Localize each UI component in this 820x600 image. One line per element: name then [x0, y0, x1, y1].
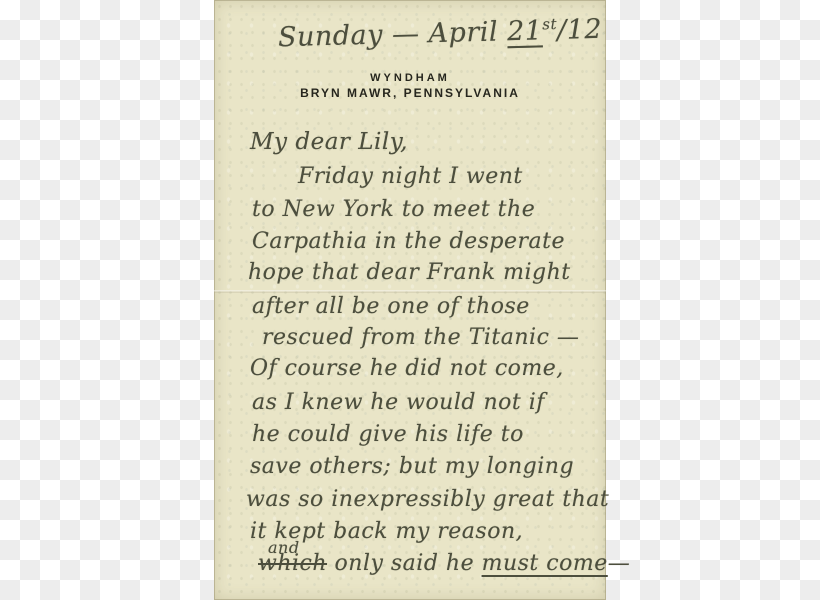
- letter-line: hope that dear Frank might: [248, 260, 571, 285]
- date-ordinal: st: [542, 15, 557, 33]
- salutation: My dear Lily,: [250, 129, 408, 155]
- photo-canvas: Sunday — April 21st/12 WYNDHAM BRYN MAWR…: [0, 0, 820, 600]
- letter-line: to New York to meet the: [252, 197, 535, 222]
- letter-paper: Sunday — April 21st/12 WYNDHAM BRYN MAWR…: [214, 0, 606, 600]
- letterhead: WYNDHAM BRYN MAWR, PENNSYLVANIA: [214, 71, 606, 101]
- final-dash: —: [608, 551, 631, 576]
- date-year: /12: [557, 14, 603, 46]
- letter-line: was so inexpressibly great that: [246, 487, 609, 512]
- letter-line: rescued from the Titanic —: [262, 325, 579, 350]
- struck-word-wrap: andwhich: [258, 551, 327, 576]
- final-line-text: only said he: [327, 551, 482, 576]
- letter-line: save others; but my longing: [250, 454, 574, 479]
- letterhead-name: WYNDHAM: [214, 71, 606, 86]
- paper-crease: [214, 290, 606, 293]
- date-line: Sunday — April 21st/12: [278, 14, 603, 53]
- inserted-word: and: [268, 538, 300, 557]
- date-prefix: Sunday — April: [278, 16, 508, 53]
- letter-line: after all be one of those: [252, 294, 530, 319]
- letter-line: as I knew he would not if: [252, 390, 545, 415]
- letterhead-address: BRYN MAWR, PENNSYLVANIA: [214, 86, 606, 101]
- letter-line: Carpathia in the desperate: [252, 229, 565, 254]
- date-number: 21: [507, 15, 543, 47]
- letter-line: Of course he did not come,: [250, 356, 564, 381]
- letter-line: he could give his life to: [252, 422, 524, 447]
- underlined-phrase: must come: [482, 551, 608, 576]
- letter-line: Friday night I went: [298, 164, 523, 189]
- letter-line-final: andwhich only said he must come—: [258, 551, 630, 576]
